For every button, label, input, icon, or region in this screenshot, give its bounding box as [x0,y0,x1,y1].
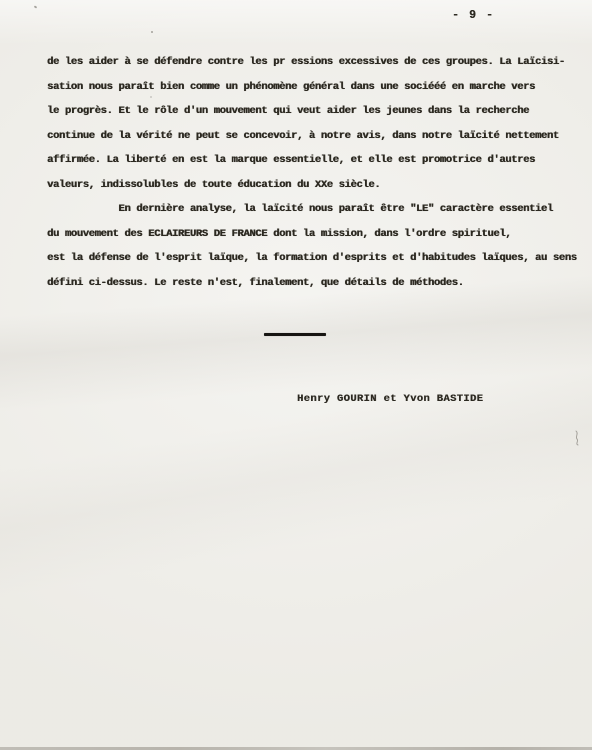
text-line: sation nous paraît bien comme un phénomè… [47,75,587,100]
text-line: de les aider à se défendre contre les pr… [47,50,587,75]
text-line: En dernière analyse, la laïcité nous par… [47,197,587,222]
typed-divider-rule [264,333,326,336]
text-line: le progrès. Et le rôle d'un mouvement qu… [47,99,587,124]
page-number: - 9 - [452,9,495,22]
text-line: valeurs, indissolubles de toute éducatio… [47,173,587,198]
text-line: affirmée. La liberté en est la marque es… [47,148,587,173]
signature-line: Henry GOURIN et Yvon BASTIDE [297,393,483,405]
paper-speck [150,96,152,98]
scanned-document-page: - 9 - de les aider à se défendre contre … [0,0,592,750]
paper-speck [151,31,153,33]
text-line: est la défense de l'esprit laïque, la fo… [47,246,587,271]
text-line: défini ci-dessus. Le reste n'est, finale… [47,271,587,296]
pencil-mark-icon [566,429,582,447]
paper-speck [34,5,38,8]
document-body: de les aider à se défendre contre les pr… [47,50,587,295]
text-line: du mouvement des ECLAIREURS DE FRANCE do… [47,222,587,247]
text-line: continue de la vérité ne peut se concevo… [47,124,587,149]
